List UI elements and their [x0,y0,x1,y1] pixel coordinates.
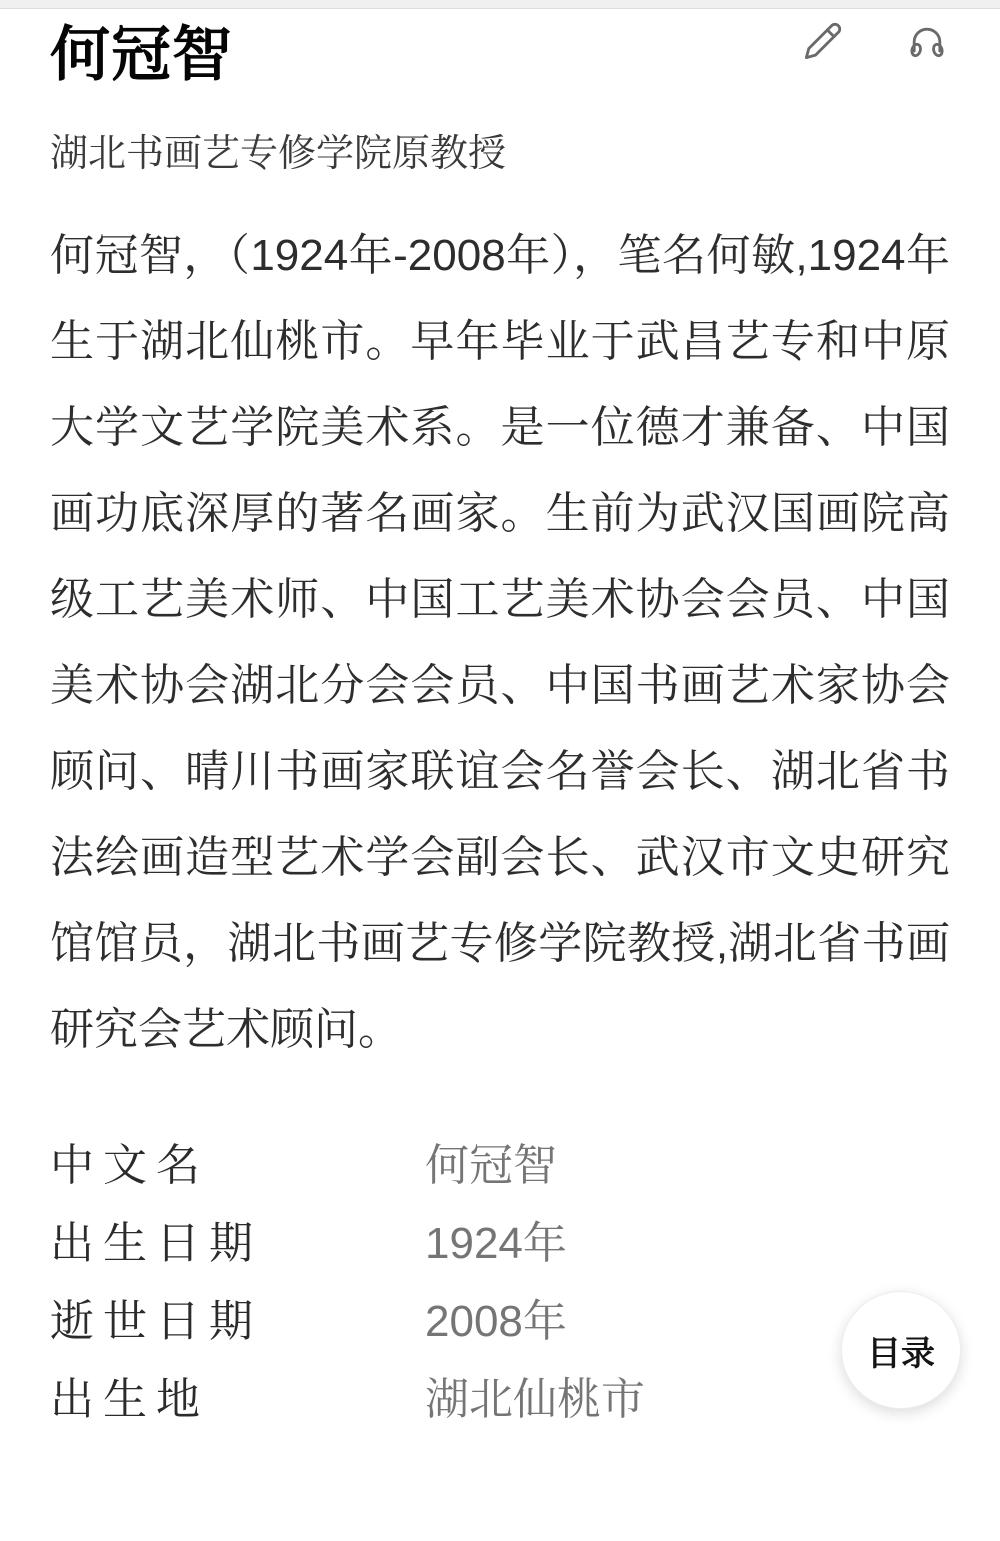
infobox-row: 出生地 湖北仙桃市 [50,1361,950,1439]
pencil-icon [803,21,843,61]
article-subtitle: 湖北书画艺专修学院原教授 [50,131,950,177]
infobox-label: 出生地 [50,1361,425,1439]
listen-button[interactable] [907,21,947,61]
infobox-row: 逝世日期 2008年 [50,1283,950,1361]
article-page: 何冠智 湖北书画艺专修 [0,9,1000,1439]
headphones-icon [907,21,947,61]
top-divider [0,0,1000,9]
infobox-label: 中文名 [50,1127,425,1205]
infobox: 中文名 何冠智 出生日期 1924年 逝世日期 2008年 出生地 湖北仙桃市 [50,1127,950,1439]
toc-button[interactable]: 目录 [841,1291,961,1409]
toc-button-label: 目录 [867,1326,935,1375]
infobox-label: 逝世日期 [50,1283,425,1361]
infobox-row: 出生日期 1924年 [50,1205,950,1283]
infobox-label: 出生日期 [50,1205,425,1283]
infobox-value: 1924年 [425,1205,950,1283]
infobox-row: 中文名 何冠智 [50,1127,950,1205]
page-title: 何冠智 [50,21,233,89]
article-header: 何冠智 [50,9,950,89]
infobox-value: 何冠智 [425,1127,950,1205]
edit-button[interactable] [803,21,843,61]
summary-paragraph: 何冠智，（1924年-2008年），笔名何敏,1924年生于湖北仙桃市。早年毕业… [50,213,950,1073]
header-actions [803,21,950,61]
